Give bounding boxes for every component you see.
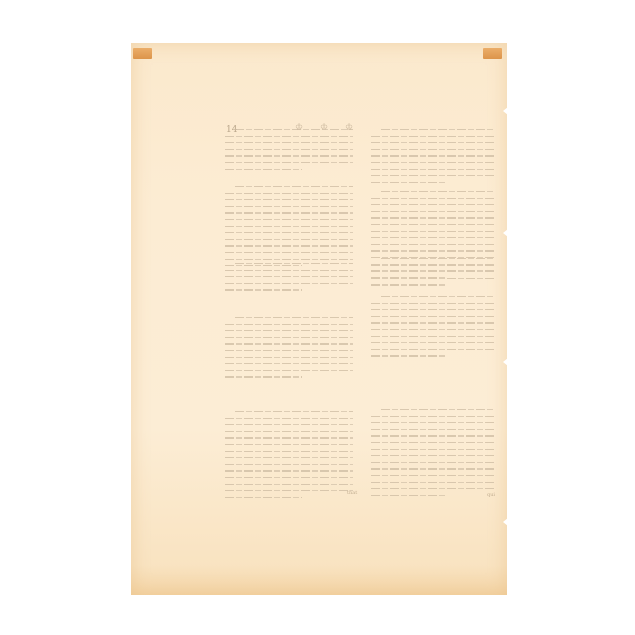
- text-line: [225, 245, 353, 246]
- text-line: [371, 284, 445, 285]
- text-line: [225, 270, 353, 271]
- text-line: [371, 416, 495, 417]
- paragraph: [371, 409, 495, 501]
- tape-left: [133, 48, 152, 59]
- text-line: [235, 317, 353, 318]
- text-line: [371, 149, 495, 150]
- edge-nick: [503, 358, 508, 366]
- text-line: [371, 162, 495, 163]
- text-line: [235, 411, 353, 412]
- text-line: [371, 303, 495, 304]
- text-line: [225, 350, 353, 351]
- text-line: [371, 316, 495, 317]
- text-line: [371, 204, 495, 205]
- text-line: [371, 422, 495, 423]
- text-line: [371, 309, 495, 310]
- text-line: [371, 250, 495, 251]
- text-line: [371, 182, 445, 183]
- text-line: [225, 337, 353, 338]
- text-line: [225, 136, 353, 137]
- text-line: [371, 482, 495, 483]
- text-line: [371, 449, 495, 450]
- text-line: [371, 322, 495, 323]
- text-line: [371, 224, 495, 225]
- text-line: [225, 330, 353, 331]
- text-line: [225, 484, 353, 485]
- text-line: [225, 457, 353, 458]
- text-line: [371, 237, 495, 238]
- paragraph: [371, 296, 495, 362]
- text-line: [225, 252, 353, 253]
- text-line: [371, 455, 495, 456]
- paragraph: [225, 129, 353, 175]
- catchword-left: that: [347, 490, 357, 496]
- text-line: [225, 451, 353, 452]
- edge-nick: [503, 229, 508, 237]
- text-line: [381, 258, 495, 259]
- text-line: [371, 142, 495, 143]
- text-line: [225, 226, 353, 227]
- text-line: [225, 199, 353, 200]
- text-line: [225, 418, 353, 419]
- text-line: [371, 271, 495, 272]
- catchword-right: qui: [487, 492, 495, 498]
- text-line: [371, 278, 495, 279]
- text-line: [225, 497, 302, 498]
- text-line: [225, 232, 353, 233]
- paragraph: [371, 258, 495, 291]
- text-line: [371, 462, 495, 463]
- paragraph: [225, 186, 353, 272]
- text-line: [235, 186, 353, 187]
- text-line: [225, 149, 353, 150]
- text-line: [225, 477, 353, 478]
- text-line: [225, 169, 302, 170]
- paragraph: [225, 317, 353, 383]
- text-line: [225, 283, 353, 284]
- text-line: [371, 488, 495, 489]
- text-line: [225, 343, 353, 344]
- text-line: [371, 329, 495, 330]
- edge-nick: [503, 518, 508, 526]
- text-line: [371, 495, 445, 496]
- text-line: [381, 129, 495, 130]
- text-line: [381, 409, 495, 410]
- text-line: [371, 265, 495, 266]
- text-line: [371, 342, 495, 343]
- text-line: [225, 444, 353, 445]
- text-line: [371, 442, 495, 443]
- text-line: [371, 349, 495, 350]
- text-line: [371, 336, 495, 337]
- paragraph: [225, 263, 353, 296]
- text-line: [371, 231, 495, 232]
- text-line: [225, 206, 353, 207]
- text-line: [371, 175, 495, 176]
- text-line: [371, 211, 495, 212]
- text-line: [235, 263, 353, 264]
- text-line: [371, 468, 495, 469]
- text-line: [235, 129, 353, 130]
- text-line: [371, 169, 495, 170]
- text-line: [371, 198, 495, 199]
- text-line: [225, 464, 353, 465]
- text-line: [225, 324, 353, 325]
- text-line: [381, 191, 495, 192]
- text-line: [225, 212, 353, 213]
- text-line: [225, 470, 353, 471]
- text-line: [371, 475, 495, 476]
- text-line: [371, 244, 495, 245]
- text-line: [225, 142, 353, 143]
- text-line: [371, 355, 445, 356]
- tape-right: [483, 48, 502, 59]
- text-line: [225, 219, 353, 220]
- text-line: [225, 155, 353, 156]
- text-line: [371, 155, 495, 156]
- paragraph: [225, 411, 353, 503]
- text-line: [225, 193, 353, 194]
- edge-nick: [503, 107, 508, 115]
- text-line: [371, 217, 495, 218]
- text-line: [225, 370, 353, 371]
- text-line: [225, 490, 353, 491]
- text-line: [381, 296, 495, 297]
- document-page: 14 ♔ ♔ ♔ that qui: [131, 43, 507, 595]
- text-line: [225, 357, 353, 358]
- paragraph: [371, 129, 495, 188]
- text-line: [371, 435, 495, 436]
- text-line: [225, 259, 353, 260]
- text-line: [371, 429, 495, 430]
- text-line: [225, 289, 302, 290]
- text-line: [225, 424, 353, 425]
- text-line: [371, 136, 495, 137]
- text-line: [225, 363, 353, 364]
- text-line: [225, 162, 353, 163]
- text-line: [225, 276, 353, 277]
- text-line: [225, 239, 353, 240]
- text-line: [225, 376, 302, 377]
- text-line: [225, 437, 353, 438]
- text-line: [225, 431, 353, 432]
